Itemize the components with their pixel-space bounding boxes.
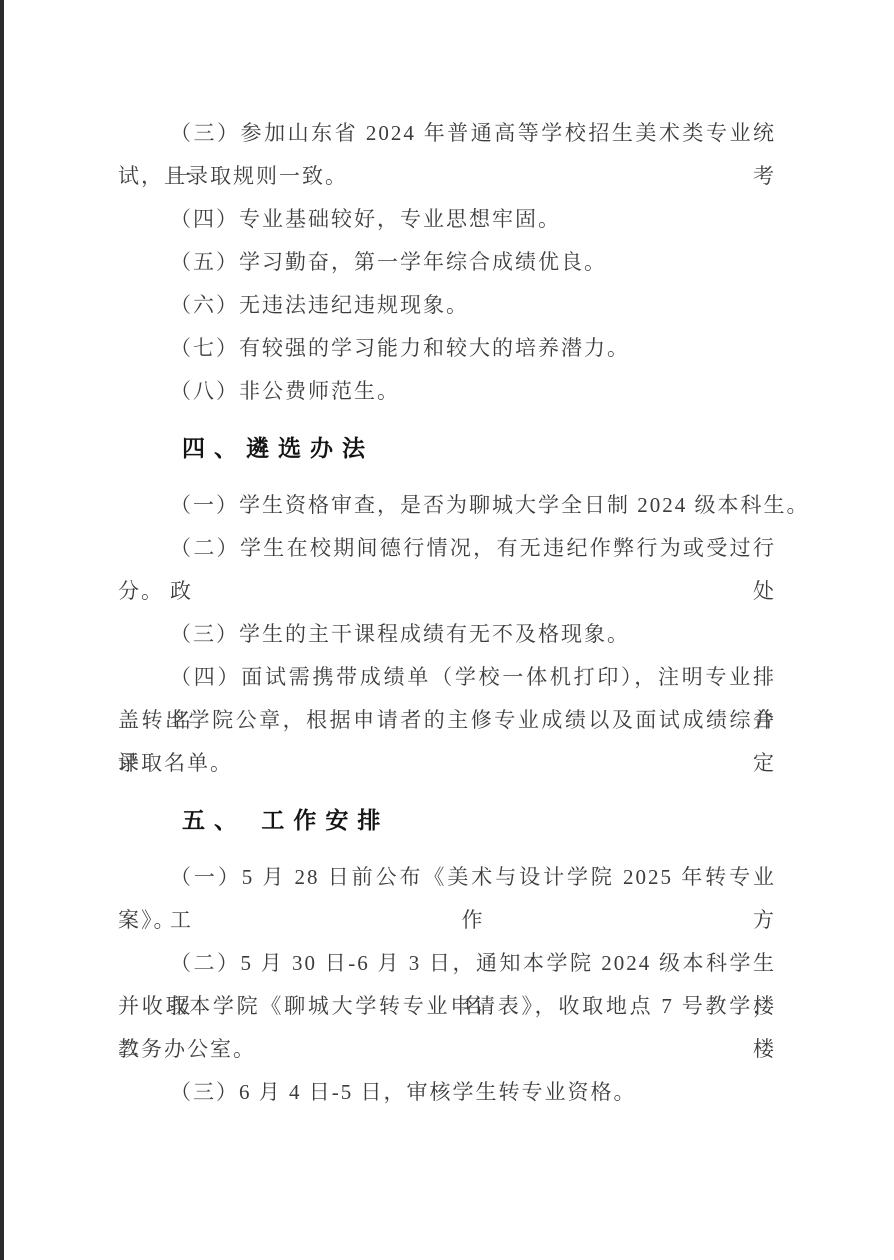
text-line: （二）学生在校期间德行情况，有无违纪作弊行为或受过行政处 (118, 527, 776, 570)
window-left-edge (0, 0, 4, 1260)
section-heading-work-schedule: 五、 工作安排 (118, 799, 776, 842)
text-line: （四）专业基础较好，专业思想牢固。 (118, 198, 776, 241)
text-line: （三）参加山东省 2024 年普通高等学校招生美术类专业统一考 (118, 112, 776, 155)
text-line: （三）学生的主干课程成绩有无不及格现象。 (118, 613, 776, 656)
text-line: （一）学生资格审查，是否为聊城大学全日制 2024 级本科生。 (118, 484, 776, 527)
document-content: （三）参加山东省 2024 年普通高等学校招生美术类专业统一考 试，且录取规则一… (118, 112, 776, 1114)
text-line: 盖转出学院公章，根据申请者的主修专业成绩以及面试成绩综合评定 (118, 699, 776, 742)
text-line: 并收取本学院《聊城大学转专业申请表》，收取地点 7 号教学楼二楼 (118, 985, 776, 1028)
text-line: （七）有较强的学习能力和较大的培养潜力。 (118, 327, 776, 370)
text-line: （八）非公费师范生。 (118, 370, 776, 413)
text-line: （六）无违法违纪违规现象。 (118, 284, 776, 327)
text-line: （一）5 月 28 日前公布《美术与设计学院 2025 年转专业工作方 (118, 856, 776, 899)
text-line: （五）学习勤奋，第一学年综合成绩优良。 (118, 241, 776, 284)
text-line: （四）面试需携带成绩单（学校一体机打印），注明专业排名并 (118, 656, 776, 699)
document-page: （三）参加山东省 2024 年普通高等学校招生美术类专业统一考 试，且录取规则一… (0, 0, 894, 1260)
text-line: （二）5 月 30 日-6 月 3 日，通知本学院 2024 级本科学生报名， (118, 942, 776, 985)
text-line: （三）6 月 4 日-5 日，审核学生转专业资格。 (118, 1071, 776, 1114)
section-heading-selection-method: 四、遴选办法 (118, 427, 776, 470)
